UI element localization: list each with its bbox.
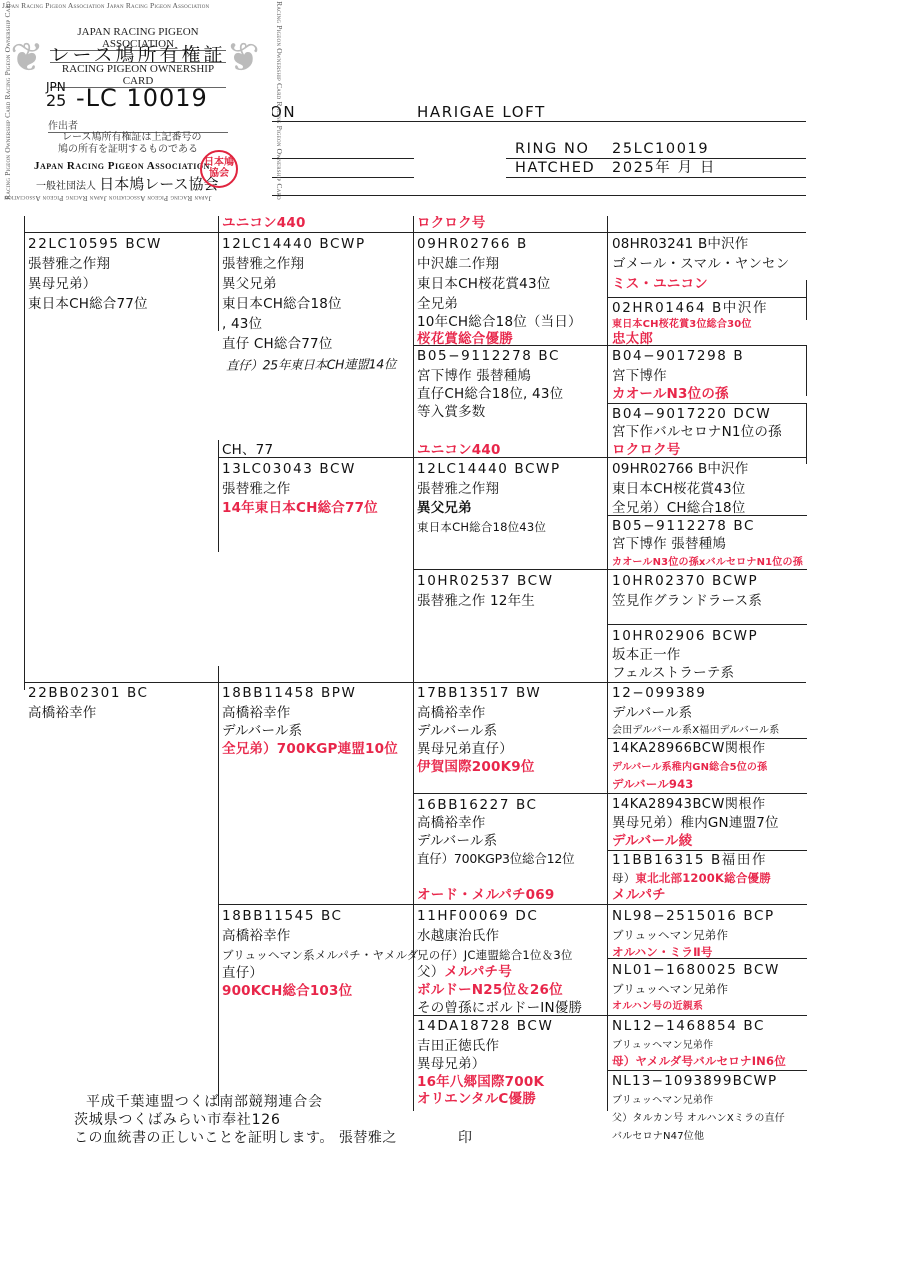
dd-line: ブリュッヘマン系メルパチ・ヤメルダ xyxy=(222,947,419,963)
sss-line: 10年CH総合18位（当日） xyxy=(417,314,582,330)
sddd-line: フェルストラーテ系 xyxy=(612,665,734,681)
sds-line: 東日本CH総合18位43位 xyxy=(417,519,546,535)
ss-line: , 43位 xyxy=(222,316,262,332)
sdd-ring: 10HR02537 BCW xyxy=(417,573,554,589)
dssd-award: デルバール系稚内GN総合5位の孫 xyxy=(612,760,767,776)
ss-handwritten-note: 直仔）25年東日本CH連盟14位 xyxy=(226,356,396,373)
hatched-label: HATCHED xyxy=(515,160,595,176)
card-assoc-jp: 一般社団法人 日本鳩レース協会 xyxy=(36,173,218,194)
card-assoc-name: 日本鳩レース協会 xyxy=(99,175,218,193)
dsd-line: 高橋裕幸作 xyxy=(417,815,486,831)
row-ssd-divider xyxy=(607,403,807,404)
ds-line: デルバール系 xyxy=(222,723,302,739)
sss-line: 中沢雄二作翔 xyxy=(417,256,499,272)
dss-line: デルバール系 xyxy=(417,723,497,739)
header-rule xyxy=(272,121,806,122)
dds-extra: その曾孫にボルドーIN優勝 xyxy=(417,1000,582,1016)
dsdd-prefix: 母） xyxy=(612,871,635,885)
blank-rule-2 xyxy=(272,177,414,178)
dds-ring: 11HF00069 DC xyxy=(417,908,538,924)
card-assoc-en: Japan Racing Pigeon Association xyxy=(34,160,210,172)
hatched-rule xyxy=(506,177,806,178)
sss-award: 桜花賞総合優勝 xyxy=(417,331,513,347)
dsdd-award-line: 母）東北北部1200K総合優勝 xyxy=(612,870,771,886)
ss-line: 直仔 CH総合77位 xyxy=(222,336,333,352)
dds-name: メルパチ号 xyxy=(444,964,512,980)
ssd-line: 直仔CH総合18位, 43位 xyxy=(417,386,563,402)
card-border-right: Racing Pigeon Ownership Card Racing Pige… xyxy=(275,1,284,200)
sss-line: 東日本CH桜花賞43位 xyxy=(417,276,550,292)
col1-border-top xyxy=(24,216,25,676)
dd-award: 900KCH総合103位 xyxy=(222,983,352,999)
ddds-ring: NL12−1468854 BC xyxy=(612,1018,765,1034)
sire-line: 張替雅之作翔 xyxy=(28,256,110,272)
dd-line: 高橋裕幸作 xyxy=(222,928,291,944)
footer-club: 平成千葉連盟つくば南部競翔連合会 xyxy=(86,1094,323,1110)
ddd-award: オリエンタルC優勝 xyxy=(417,1091,536,1107)
dssd-name: デルバール943 xyxy=(612,776,694,792)
loft-name: HARIGAE LOFT xyxy=(417,104,546,120)
sdss-line: 東日本CH桜花賞43位 xyxy=(612,481,745,497)
dsdd-award: 東北北部1200K総合優勝 xyxy=(635,871,771,885)
ssd-line: 等入賞多数 xyxy=(417,404,486,420)
card-year: 25 xyxy=(46,93,66,109)
card-border-top: Japan Racing Pigeon Association Japan Ra… xyxy=(2,1,209,10)
sdsd-ring: B05−9112278 BC xyxy=(612,518,755,534)
dsd-line: 直仔）700KGP3位総合12位 xyxy=(417,851,574,867)
pigeon-emblem-left-icon: ❦ xyxy=(10,28,44,88)
ddd-line: 異母兄弟） xyxy=(417,1056,486,1072)
sssd-name: 忠太郎 xyxy=(612,331,653,347)
col2-border-c xyxy=(218,666,219,1106)
card-assoc-prefix: 一般社団法人 xyxy=(36,181,96,192)
ss-name: ユニコン440 xyxy=(222,215,306,231)
card-note-line1: レース鳩所有権証は上記番号の xyxy=(62,132,202,144)
dam-line: 高橋裕幸作 xyxy=(28,705,97,721)
col3-border xyxy=(413,216,414,1111)
ddd-line: 吉田正徳氏作 xyxy=(417,1038,499,1054)
sdd-line: 張替雅之作 12年生 xyxy=(417,593,535,609)
association-seal: 日本鳩協会 xyxy=(200,150,238,188)
sdds-line: 笠見作グランドラース系 xyxy=(612,593,762,609)
dsd-name: オード・メルパチ069 xyxy=(417,887,554,903)
dds-sire-note: 父）メルパチ号 xyxy=(417,964,512,980)
sire-line: 東日本CH総合77位 xyxy=(28,296,148,312)
sds-name: ユニコン440 xyxy=(417,442,501,458)
dsss-ring: 12−099389 xyxy=(612,685,706,701)
footer-address: 茨城県つくばみらい市奉社126 xyxy=(74,1112,281,1128)
blank-rule-1 xyxy=(272,158,414,159)
dsds-line: 異母兄弟）稚内GN連盟7位 xyxy=(612,815,779,831)
sdss-line: 全兄弟）CH総合18位 xyxy=(612,500,745,516)
ds-ring: 18BB11458 BPW xyxy=(222,685,357,701)
dd-line: 直仔） xyxy=(222,965,263,981)
card-note-line2: 鳩の所有を証明するものである xyxy=(58,144,202,156)
ds-award: 全兄弟）700KGP連盟10位 xyxy=(222,741,398,757)
ssss-name: ミス・ユニコン xyxy=(612,276,708,292)
ddss-ring: NL98−2515016 BCP xyxy=(612,908,775,924)
dddd-line: バルセロナN47位他 xyxy=(612,1129,704,1145)
card-border-bottom: Japan Racing Pigeon Association Japan Ra… xyxy=(4,194,211,203)
sdds-ring: 10HR02370 BCWP xyxy=(612,573,758,589)
row-sss-divider xyxy=(607,297,807,298)
sd-award: 14年東日本CH総合77位 xyxy=(222,500,378,516)
dddd-ring: NL13−1093899BCWP xyxy=(612,1073,777,1089)
ddss-line: ブリュッヘマン兄弟作 xyxy=(612,927,728,943)
sds-ring: 12LC14440 BCWP xyxy=(417,461,561,477)
dd-ring: 18BB11545 BC xyxy=(222,908,343,924)
col5-right-c xyxy=(806,404,807,464)
sd-line: 張替雅之作 xyxy=(222,481,291,497)
sdsd-award: カオールN3位の孫xバルセロナN1位の孫 xyxy=(612,555,803,571)
dddd-line: ブリュッヘマン兄弟作 xyxy=(612,1093,713,1109)
ssss-ring: 08HR03241 B中沢作 xyxy=(612,236,749,252)
hatched-value: 2025年 月 日 xyxy=(612,160,716,176)
footer-seal-mark: 印 xyxy=(458,1130,472,1146)
row-dsd-top xyxy=(413,793,807,794)
sds-line: 張替雅之作翔 xyxy=(417,481,499,497)
ring-label: RING NO xyxy=(515,141,590,157)
dssd-ring: 14KA28966BCW関根作 xyxy=(612,741,766,757)
ddsd-ring: NL01−1680025 BCW xyxy=(612,962,780,978)
ss-ring: 12LC14440 BCWP xyxy=(222,236,366,252)
row-dam-dam-top xyxy=(218,904,807,905)
sssd-ring: 02HR01464 B中沢作 xyxy=(612,300,768,316)
sdsd-line: 宮下博作 張替種鳩 xyxy=(612,536,726,552)
dsds-name: デルバール綾 xyxy=(612,833,692,849)
ddsd-line: ブリュッヘマン兄弟作 xyxy=(612,981,728,997)
ddds-line: ブリュッヘマン兄弟作 xyxy=(612,1038,713,1054)
ssds-line: 宮下博作 xyxy=(612,368,667,384)
ssd-line: 宮下博作 張替種鳩 xyxy=(417,368,531,384)
dds-prefix: 父） xyxy=(417,964,444,980)
dsdd-name: メルパチ xyxy=(612,887,666,903)
ddd-award: 16年八郷国際700K xyxy=(417,1074,544,1090)
dsss-line: デルバール系 xyxy=(612,705,692,721)
row-sire-dam-top xyxy=(218,457,807,458)
sddd-line: 坂本正一作 xyxy=(612,647,681,663)
ss-line: 張替雅之作翔 xyxy=(222,256,304,272)
col5-right-b xyxy=(806,346,807,396)
col4-border xyxy=(607,216,608,1111)
dds-award: ボルドーN25位＆26位 xyxy=(417,982,563,998)
ssdd-name: ロクロク号 xyxy=(612,442,681,458)
row-sire-top xyxy=(24,232,806,233)
sire-ring: 22LC10595 BCW xyxy=(28,236,162,252)
sss-name: ロクロク号 xyxy=(417,215,486,231)
col5-right-a xyxy=(806,280,807,320)
ddds-award: 母）ヤメルダ号バルセロナIN6位 xyxy=(612,1053,786,1069)
dsd-ring: 16BB16227 BC xyxy=(417,797,538,813)
ddd-ring: 14DA18728 BCW xyxy=(417,1018,553,1034)
ddsd-award: オルハン号の近親系 xyxy=(612,999,703,1015)
footer-certification: この血統書の正しいことを証明します。 張替雅之 xyxy=(74,1130,397,1146)
sss-ring: 09HR02766 B xyxy=(417,236,528,252)
ownership-card: Japan Racing Pigeon Association Japan Ra… xyxy=(0,0,272,206)
dsdd-ring: 11BB16315 B福田作 xyxy=(612,852,767,868)
dss-award: 伊賀国際200K9位 xyxy=(417,759,535,775)
ssds-award: カオールN3位の孫 xyxy=(612,386,729,402)
dsds-ring: 14KA28943BCW関根作 xyxy=(612,797,766,813)
sds-line: 異父兄弟 xyxy=(417,500,472,516)
dss-line: 異母兄弟直仔） xyxy=(417,741,513,757)
ssd-ring: B05−9112278 BC xyxy=(417,348,560,364)
dsss-line: 会田デルバール系X福田デルバール系 xyxy=(612,723,779,739)
ddss-name: オルハン・ミラⅡ号 xyxy=(612,944,713,960)
ssdd-ring: B04−9017220 DCW xyxy=(612,406,771,422)
card-issuer-label: 作出者 xyxy=(48,117,228,133)
dss-ring: 17BB13517 BW xyxy=(417,685,541,701)
row-dam-top xyxy=(24,682,806,683)
sddd-ring: 10HR02906 BCWP xyxy=(612,628,758,644)
sdss-ring: 09HR02766 B中沢作 xyxy=(612,461,749,477)
dds-line: 兄の仔）JC連盟総合1位＆3位 xyxy=(417,947,573,963)
row-ddd-divider xyxy=(607,1070,807,1071)
header-bottom-rule xyxy=(272,195,806,196)
dddd-line: 父）タルカン号 オルハンXミラの直仔 xyxy=(612,1111,785,1127)
card-ring-number: -LC 10019 xyxy=(76,84,208,112)
ss-line: 東日本CH総合18位 xyxy=(222,296,342,312)
dsd-line: デルバール系 xyxy=(417,833,497,849)
ss-line: 異父兄弟 xyxy=(222,276,277,292)
sd-ring: 13LC03043 BCW xyxy=(222,461,356,477)
dss-line: 高橋裕幸作 xyxy=(417,705,486,721)
ssdd-line: 宮下作バルセロナN1位の孫 xyxy=(612,424,782,440)
ssss-line: ゴメール・スマル・ヤンセン xyxy=(612,256,789,272)
card-note: レース鳩所有権証は上記番号の 鳩の所有を証明するものである xyxy=(62,132,202,156)
ds-line: 高橋裕幸作 xyxy=(222,705,291,721)
sire-line: 異母兄弟） xyxy=(28,276,97,292)
dds-line: 水越康治氏作 xyxy=(417,928,499,944)
sd-label: CH、77 xyxy=(222,442,273,458)
sss-line: 全兄弟 xyxy=(417,296,458,312)
pigeon-emblem-right-icon: ❦ xyxy=(226,28,260,88)
dam-ring: 22BB02301 BC xyxy=(28,685,149,701)
ssds-ring: B04−9017298 B xyxy=(612,348,744,364)
row-sdd-divider xyxy=(607,624,807,625)
card-country-year: JPN 25 xyxy=(46,82,66,109)
ring-value: 25LC10019 xyxy=(612,141,709,157)
